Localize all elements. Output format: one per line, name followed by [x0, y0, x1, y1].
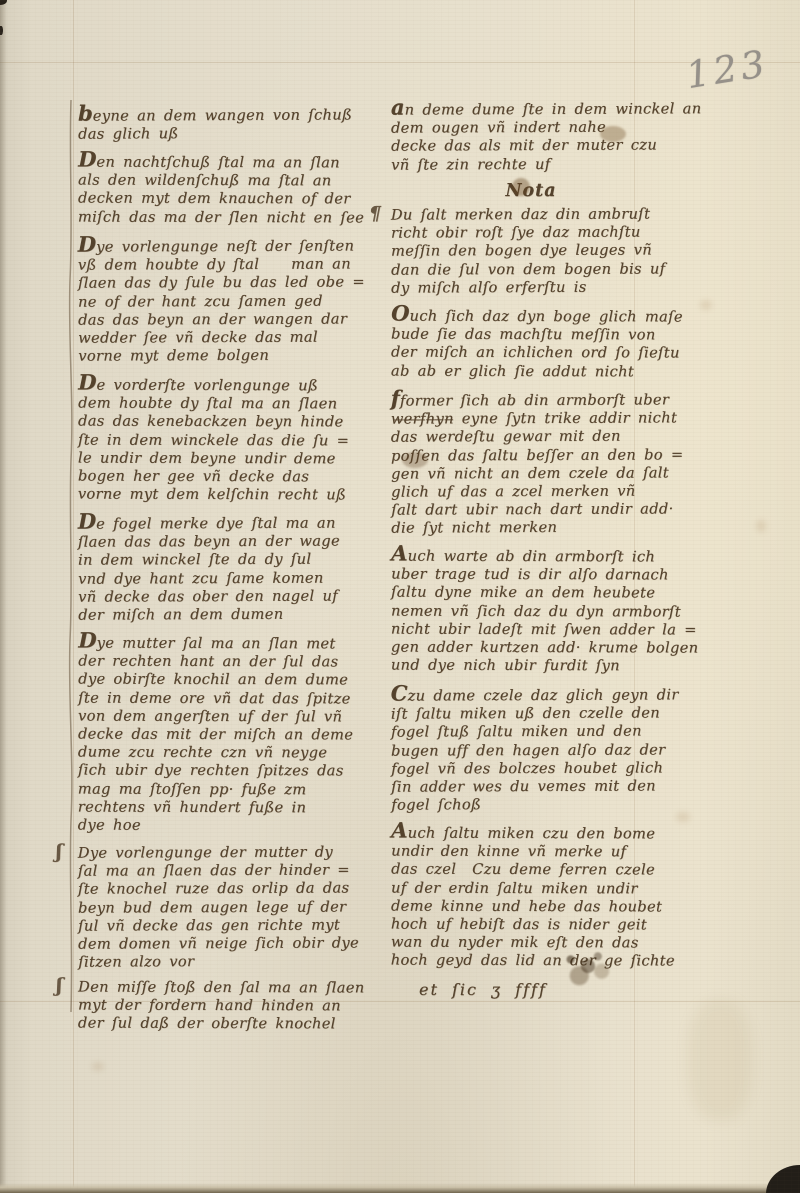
text-line: Du ſalt merken daz din ambruſt — [391, 205, 671, 224]
text-line: Dye mutter ſal ma an ſlan met — [78, 632, 378, 654]
text-line: dy miſch alſo erferſtu is — [391, 278, 671, 297]
text-line: und dye nich ubir furdit ſyn — [391, 657, 671, 676]
text-line: dye hoe — [78, 817, 378, 836]
text-line: das werdeſtu gewar mit den — [391, 428, 671, 447]
text-line: undir den kinne vñ merke uf — [391, 843, 671, 862]
section-heading: Nota — [391, 182, 671, 200]
text-line: wedder ſee vñ decke das mal — [78, 329, 378, 349]
paragraph: ʃDen miſſe ſtoß den ſal ma an ſlaenmyt d… — [78, 978, 378, 1034]
text-line: bogen her gee vñ decke das — [78, 467, 378, 486]
paragraph: Auch warte ab din armborſt ichuber trage… — [391, 545, 671, 676]
text-line: dye obirſte knochil an dem dume — [78, 671, 378, 690]
text-line: mag ma ſtoſſen pp· fuße zm — [78, 780, 378, 799]
text-line: glich uf das a zcel merken vñ — [391, 482, 671, 501]
text-line: myt der fordern hand hinden an — [78, 997, 378, 1016]
paragraph-mark: ʃ — [56, 842, 63, 860]
text-line: decke das als mit der muter czu — [391, 137, 671, 156]
text-line: poſſen das ſaltu beſſer an den bo = — [391, 446, 671, 465]
folio-number: 123 — [683, 42, 771, 97]
text-line: wan du nyder mik eſt den das — [391, 934, 671, 953]
text-line: ſte knochel ruze das orlip da das — [78, 879, 378, 899]
text-line: dem ougen vñ indert nahe — [391, 119, 671, 138]
text-line: dem domen vñ neige ſich obir dye — [78, 934, 378, 954]
text-line: fformer ſich ab din armborſt uber — [391, 388, 671, 410]
text-line: vorne myt dem kelſchin recht uß — [78, 485, 378, 504]
text-line: ſitzen alzo vor — [78, 952, 378, 972]
text-line: fogel ſchoß — [391, 795, 671, 814]
text-line: meſſin den bogen dye leuges vñ — [391, 242, 671, 261]
text-line: vnd dye hant zcu ſame komen — [78, 569, 378, 589]
text-line: bude ſie das machſtu meſſin von — [391, 326, 671, 345]
text-line: das glich uß — [78, 125, 378, 145]
text-line: das czel Czu deme ferren czele — [391, 861, 671, 880]
text-line: De vorderſte vorlengunge uß — [78, 373, 378, 395]
paragraph: Dye mutter ſal ma an ſlan metder rechten… — [78, 632, 379, 836]
text-line: vß dem houbte dy ſtal man an — [78, 256, 378, 276]
text-line: iſt ſaltu miken uß den czelle den — [391, 704, 671, 723]
text-line: Auch ſaltu miken czu den bome — [391, 822, 671, 844]
text-line: beyne an dem wangen von ſchuß — [78, 103, 378, 126]
text-line: uber trage tud is dir alſo darnach — [391, 566, 671, 585]
text-line: w̶e̶r̶f̶h̶y̶n̶ eyne ſytn trike addir nic… — [391, 409, 671, 428]
text-line: Den miſſe ſtoß den ſal ma an ſlaen — [78, 978, 378, 997]
foxing-spot — [92, 1062, 104, 1071]
text-line: von dem angerſten uf der ſul vñ — [78, 708, 378, 727]
text-line: Den nachtſchuß ſtal ma an ſlan — [78, 151, 378, 173]
text-line: dume zcu rechte czn vñ neyge — [78, 744, 378, 763]
right-column-text: an deme dume ſte in dem winckel andem ou… — [391, 98, 671, 999]
text-line: decken myt dem knauchen of der — [78, 190, 378, 209]
text-line: ſich ubir dye rechten ſpitzes das — [78, 762, 378, 781]
paragraph: Den nachtſchuß ſtal ma an ſlanals den wi… — [78, 151, 378, 228]
water-stain — [688, 1000, 752, 1120]
text-line: gen adder kurtzen add· krume bolgen — [391, 639, 671, 658]
text-line: in dem winckel ſte da dy ſul — [78, 551, 378, 571]
text-line: rechtens vñ hundert fuße in — [78, 799, 378, 818]
paragraph: beyne an dem wangen von ſchußdas glich u… — [78, 103, 378, 144]
text-line: decke das mit der miſch an deme — [78, 726, 378, 745]
paragraph: Czu dame czele daz glich geyn diriſt ſal… — [391, 683, 672, 815]
paragraph: fformer ſich ab din armborſt uberw̶e̶r̶f… — [391, 388, 672, 538]
column-bounding-line — [63, 100, 79, 1012]
ruling-line-horizontal-top — [0, 62, 800, 63]
paragraph: ʃDye vorlengunge der mutter dyſal ma an … — [78, 843, 379, 972]
text-line: an deme dume ſte in dem winckel an — [391, 97, 671, 119]
text-line: dem houbte dy ſtal ma an ſlaen — [78, 394, 378, 413]
text-line: Auch warte ab din armborſt ich — [391, 545, 671, 567]
page-edge-bottom — [0, 1183, 800, 1193]
text-line: vñ ſte zin rechte uf — [391, 155, 671, 174]
text-line: der ſul daß der oberſte knochel — [78, 1015, 378, 1034]
text-line: Dye vorlengunge neſt der ſenſten — [78, 235, 378, 258]
text-line: der miſch an ichlichen ord ſo ſieſtu — [391, 344, 671, 363]
text-line: das das kenebackzen beyn hinde — [78, 413, 378, 432]
text-line: hoch geyd das lid an der ge ſichte — [391, 952, 671, 971]
text-line: dan die ſul von dem bogen bis uf — [391, 260, 671, 279]
foxing-spot — [676, 812, 690, 822]
foxing-spot — [756, 520, 766, 532]
foxing-spot — [700, 300, 712, 310]
text-line: beyn bud dem augen lege uf der — [78, 897, 378, 917]
text-line: deme kinne und hebe das houbet — [391, 898, 671, 917]
text-line: vorne myt deme bolgen — [78, 347, 378, 367]
paragraph: De fogel merke dye ſtal ma anſlaen das d… — [78, 511, 378, 625]
text-line: gen vñ nicht an dem czele da ſalt — [391, 464, 671, 483]
text-line: die ſyt nicht merken — [391, 519, 671, 538]
text-line: ſalt dart ubir nach dart undir add· — [391, 500, 671, 519]
text-line: vñ decke das ober den nagel uf — [78, 587, 378, 607]
text-line: ſte in deme ore vñ dat das ſpitze — [78, 689, 378, 708]
text-line: der miſch an dem dumen — [78, 605, 378, 625]
text-line: ne of der hant zcu ſamen ged — [78, 292, 378, 312]
manuscript-page: 123 beyne an dem wangen von ſchußdas gli… — [0, 0, 800, 1193]
text-line: Dye vorlengunge der mutter dy — [78, 843, 378, 863]
text-line: der rechten hant an der ſul das — [78, 653, 378, 672]
text-line: nemen vñ ſich daz du dyn armborſt — [391, 603, 671, 622]
left-column-text: beyne an dem wangen von ſchußdas glich u… — [78, 104, 378, 1042]
paragraph: De vorderſte vorlengunge ußdem houbte dy… — [78, 373, 378, 504]
paragraph: an deme dume ſte in dem winckel andem ou… — [391, 97, 671, 174]
text-line: fogel vñ des bolczes houbet glich — [391, 759, 671, 778]
text-line: ab ab er glich ſie addut nicht — [391, 362, 671, 381]
text-line: ſal ma an ſlaen das der hinder = — [78, 861, 378, 881]
paragraph: Auch ſaltu miken czu den bomeundir den k… — [391, 822, 671, 972]
paragraph-mark: ʃ — [56, 976, 63, 994]
text-line: das das beyn an der wangen dar — [78, 310, 378, 330]
paragraph: Dye vorlengunge neſt der ſenſtenvß dem h… — [78, 235, 379, 367]
text-line: ſte in dem winckele das die ſu = — [78, 431, 378, 450]
text-line: als den wildenſchuß ma ſtal an — [78, 172, 378, 191]
text-line: ſlaen das dy ſule bu das led obe = — [78, 274, 378, 294]
text-line: ſul vñ decke das gen richte myt — [78, 916, 378, 936]
text-line: ſlaen das das beyn an der wage — [78, 533, 378, 553]
torn-corner-bottom-right — [766, 1165, 800, 1193]
paragraph: ¶Du ſalt merken daz din ambruſtricht obi… — [391, 205, 671, 297]
text-line: ſaltu dyne mike an dem heubete — [391, 584, 671, 603]
text-line: ſin adder wes du vemes mit den — [391, 777, 671, 796]
text-line: hoch uf hebiſt das is nider geit — [391, 916, 671, 935]
text-line: Czu dame czele daz glich geyn dir — [391, 683, 671, 705]
paragraph-mark: ¶ — [369, 205, 382, 223]
text-line: nicht ubir ladeſt mit ſwen adder la = — [391, 621, 671, 640]
text-line: De fogel merke dye ſtal ma an — [78, 511, 378, 534]
text-line: fogel ſtuß ſaltu miken und den — [391, 723, 671, 742]
text-line: le undir dem beyne undir deme — [78, 449, 378, 468]
text-line: miſch das ma der ſlen nicht en ſee — [78, 209, 378, 228]
text-line: Ouch ſich daz dyn boge glich maſe — [391, 305, 671, 327]
text-line: richt obir roſt ſye daz machſtu — [391, 224, 671, 243]
text-line: uf der erdin ſaltu miken undir — [391, 879, 671, 898]
colophon-line: et ſic ʒ ffff — [419, 981, 671, 999]
page-edge-shadow-left — [0, 0, 7, 1193]
paragraph: Ouch ſich daz dyn boge glich maſebude ſi… — [391, 305, 671, 382]
text-line: bugen uff den hagen alſo daz der — [391, 741, 671, 760]
